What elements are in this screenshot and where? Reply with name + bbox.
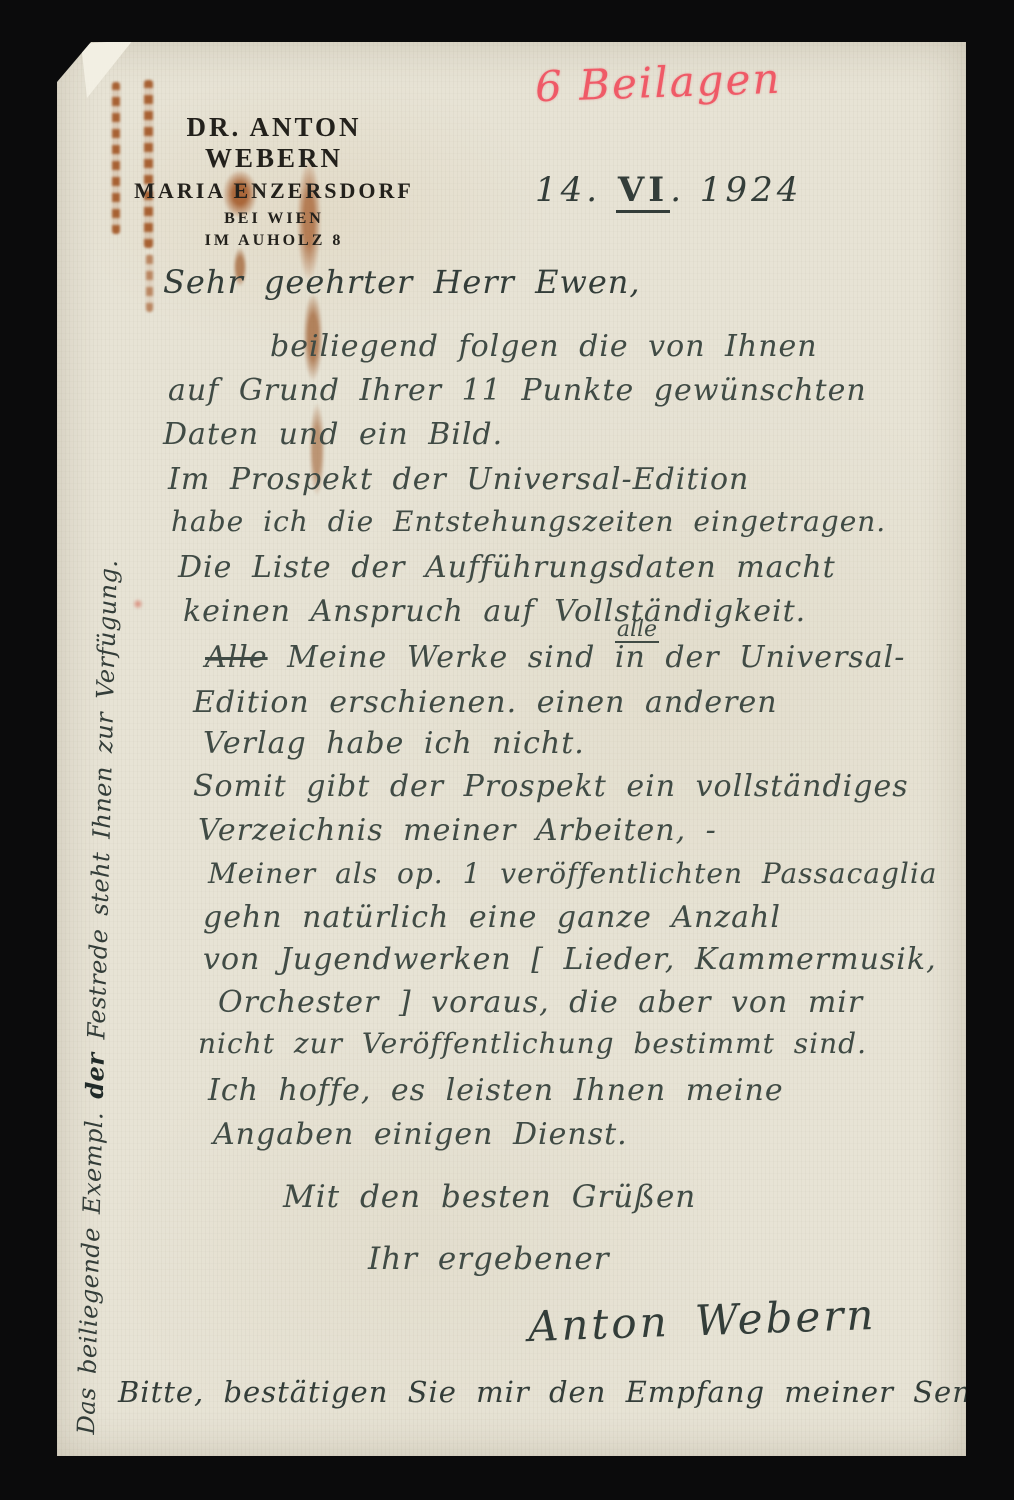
margin-note-corrected-word: der [80, 1052, 110, 1099]
body-line: beiliegend folgen die von Ihnen [270, 332, 818, 362]
body-line: auf Grund Ihrer 11 Punkte gewünschten [168, 376, 867, 406]
folded-corner [81, 40, 133, 98]
body-line: Verlag habe ich nicht. [203, 729, 585, 759]
body-line: Edition erschienen. einen anderen [193, 688, 778, 718]
letterhead: DR. ANTON WEBERN MARIA ENZERSDORF BEI WI… [119, 112, 429, 250]
correction-after: der Universal- [665, 640, 905, 675]
body-line: Orchester ] voraus, die aber von mir [218, 988, 863, 1018]
letterhead-city: MARIA ENZERSDORF [119, 178, 429, 204]
date-line: 14. VI. 1924 [535, 170, 802, 210]
struck-word: Alle [205, 640, 268, 675]
interlinear-insertion: alle in [615, 643, 646, 673]
body-line: Daten und ein Bild. [163, 420, 503, 450]
postscript-line: Bitte, bestätigen Sie mir den Empfang me… [118, 1378, 1014, 1407]
scan-background: DR. ANTON WEBERN MARIA ENZERSDORF BEI WI… [0, 0, 1014, 1500]
letterhead-region: BEI WIEN [119, 210, 429, 228]
rust-streak [146, 254, 153, 312]
body-line: Verzeichnis meiner Arbeiten, - [198, 816, 717, 846]
red-dot-stain [133, 598, 143, 610]
letterhead-name: DR. ANTON WEBERN [119, 112, 429, 174]
body-line: keinen Anspruch auf Vollständigkeit. [183, 597, 806, 627]
valediction-line: Ihr ergebener [368, 1244, 610, 1275]
salutation: Sehr geehrter Herr Ewen, [163, 266, 641, 298]
inserted-word: alle [615, 619, 659, 643]
margin-note-part1: Das beiliegende Exempl. [72, 1111, 108, 1434]
letter-page: DR. ANTON WEBERN MARIA ENZERSDORF BEI WI… [57, 42, 966, 1456]
body-line: Ich hoffe, es leisten Ihnen meine [208, 1076, 784, 1106]
body-line: nicht zur Veröffentlichung bestimmt sind… [198, 1030, 867, 1058]
body-line: Die Liste der Aufführungsdaten macht [178, 553, 836, 583]
body-line-with-correction: Alle Meine Werke sind alle in der Univer… [205, 643, 905, 673]
date-day: 14. [535, 170, 601, 210]
body-line: Angaben einigen Dienst. [213, 1120, 628, 1150]
body-line: von Jugendwerken [ Lieder, Kammermusik, [203, 945, 937, 975]
date-year: . 1924 [670, 170, 802, 210]
letterhead-street: IM AUHOLZ 8 [119, 232, 429, 250]
body-line: Meiner als op. 1 veröffentlichten Passac… [208, 860, 938, 888]
body-line: Im Prospekt der Universal-Edition [168, 465, 749, 495]
signature: Anton Webern [527, 1294, 877, 1348]
margin-note-part2: Festrede steht Ihnen zur Verfügung. [82, 559, 123, 1040]
date-month-roman: VI [616, 170, 670, 213]
closing-line: Mit den besten Grüßen [283, 1182, 696, 1213]
margin-note-vertical: Das beiliegende Exempl. der Festrede ste… [71, 664, 120, 1434]
word-below-insertion: in [615, 640, 646, 675]
body-line: habe ich die Entstehungszeiten eingetrag… [171, 508, 886, 536]
body-line: gehn natürlich eine ganze Anzahl [203, 903, 781, 933]
correction-before: Meine Werke sind [287, 640, 595, 675]
enclosures-annotation: 6 Beilagen [534, 54, 782, 112]
body-line: Somit gibt der Prospekt ein vollständige… [193, 772, 909, 802]
